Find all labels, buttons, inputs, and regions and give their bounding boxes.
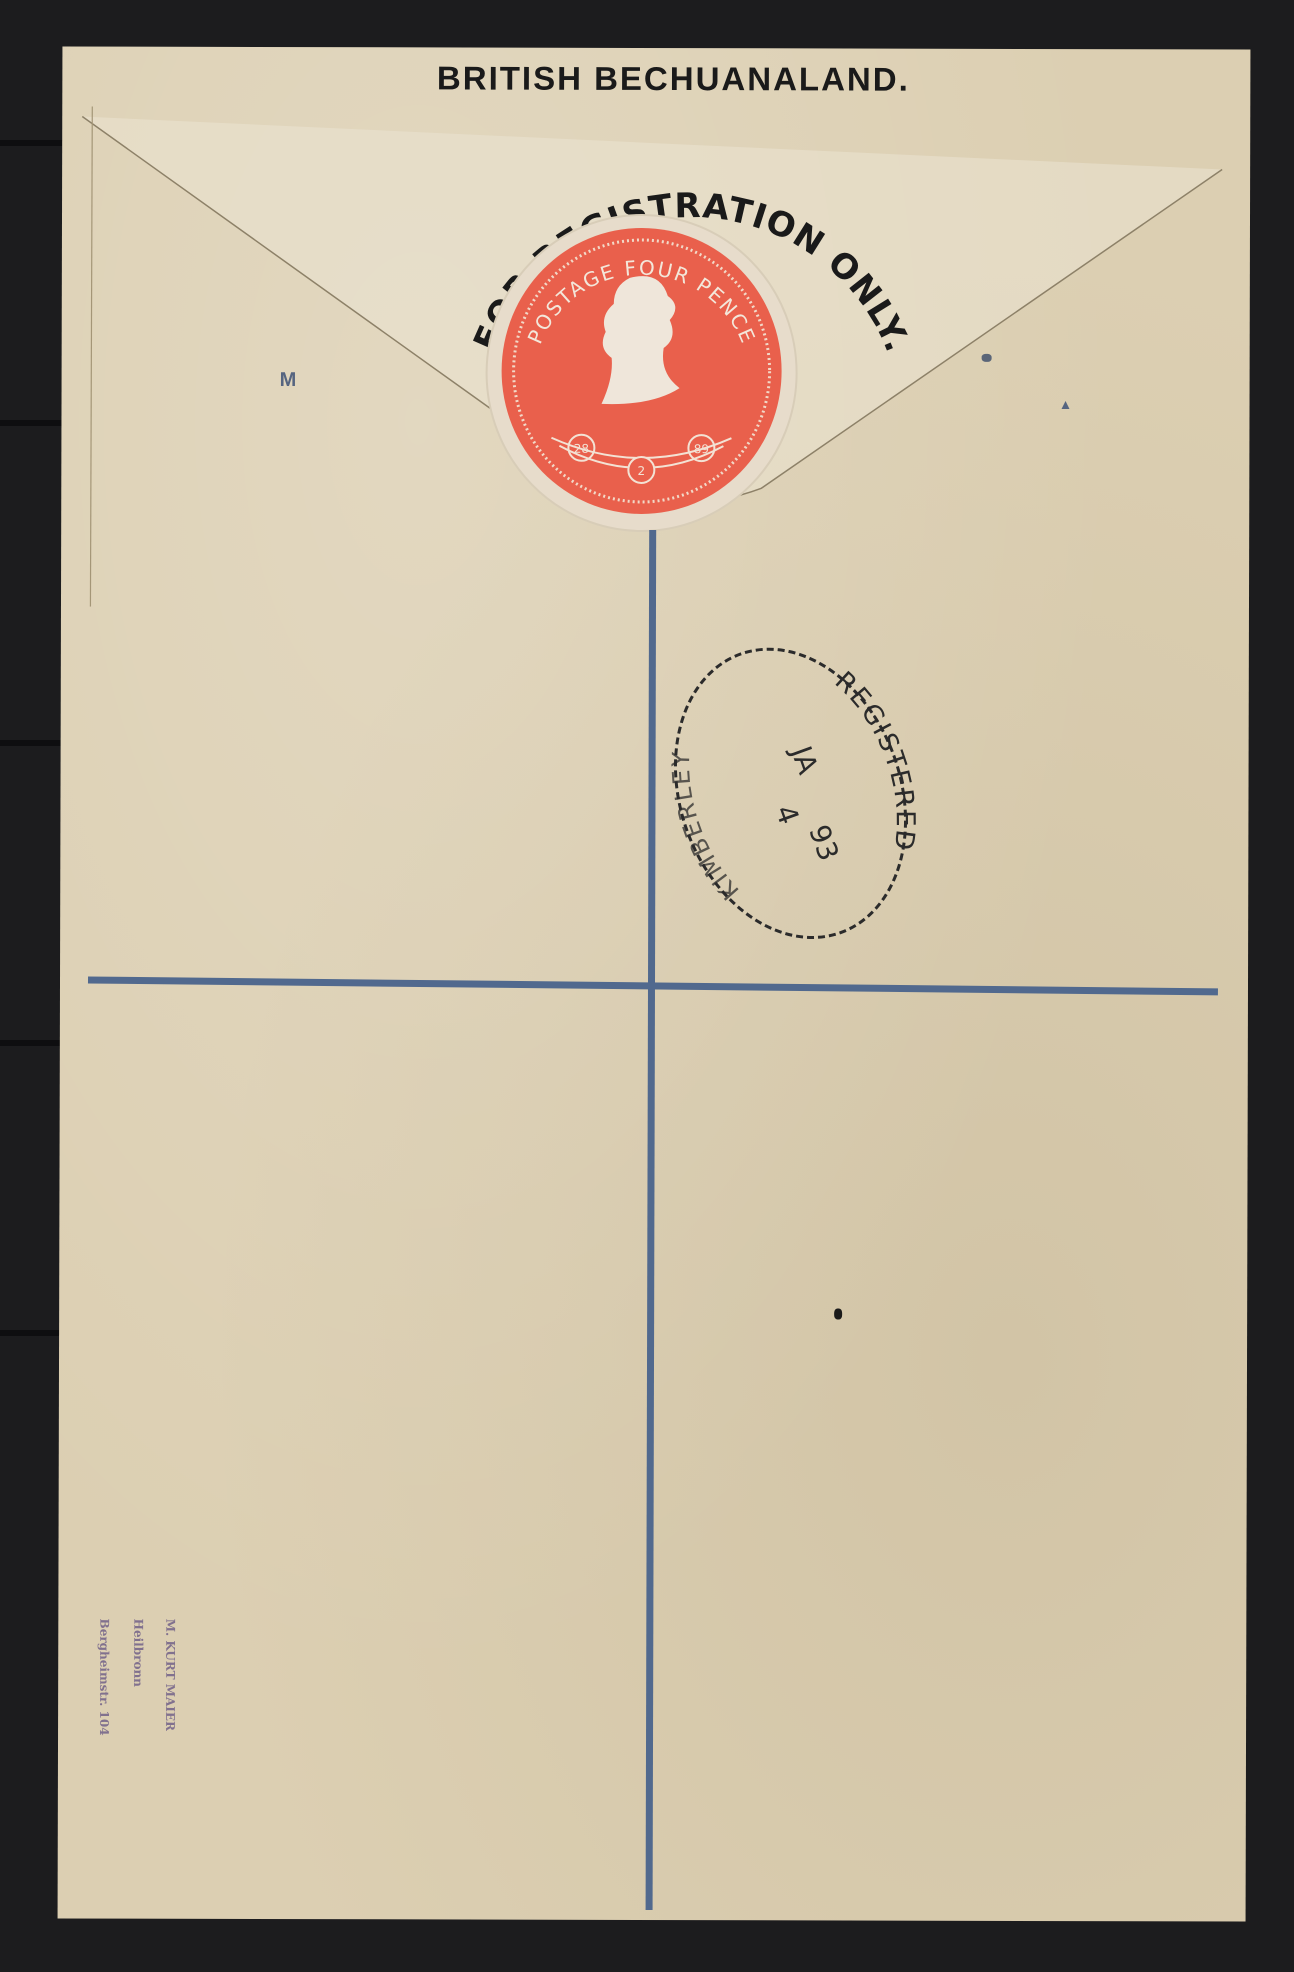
svg-text:4: 4 (768, 801, 805, 829)
dealer-stamp-line: Bergheimstr. 104 (97, 1619, 111, 1736)
svg-text:93: 93 (802, 820, 845, 865)
dealer-stamp-line: Heilbronn (131, 1619, 145, 1687)
registered-envelope: BRITISH BECHUANALAND. M ▴ FOR REGISTRATI… (58, 46, 1251, 1921)
svg-text:89: 89 (694, 442, 709, 456)
svg-text:28: 28 (574, 442, 589, 456)
flap-mark-right: ▴ (1061, 394, 1069, 414)
svg-text:KIMBERLEY: KIMBERLEY (651, 741, 748, 911)
ink-speck (834, 1308, 842, 1319)
embossed-stamp-indicium: POSTAGE FOUR PENCE 28 2 89 (481, 208, 802, 539)
dealer-stamp-line: M. KURT MAIER (163, 1619, 177, 1731)
svg-text:2: 2 (638, 464, 646, 478)
ink-speck (982, 354, 992, 362)
svg-text:REGISTERED: REGISTERED (824, 657, 941, 862)
background-stripe (0, 740, 70, 746)
dealer-handstamp: M. KURT MAIER Heilbronn Bergheimstr. 104 (83, 1619, 213, 1809)
registered-postmark: REGISTERED KIMBERLEY JA 4 93 (640, 618, 941, 969)
background-stripe (0, 140, 70, 146)
svg-text:JA: JA (784, 740, 825, 778)
flap-letter-m: M (280, 369, 297, 392)
background-stripe (0, 420, 70, 426)
